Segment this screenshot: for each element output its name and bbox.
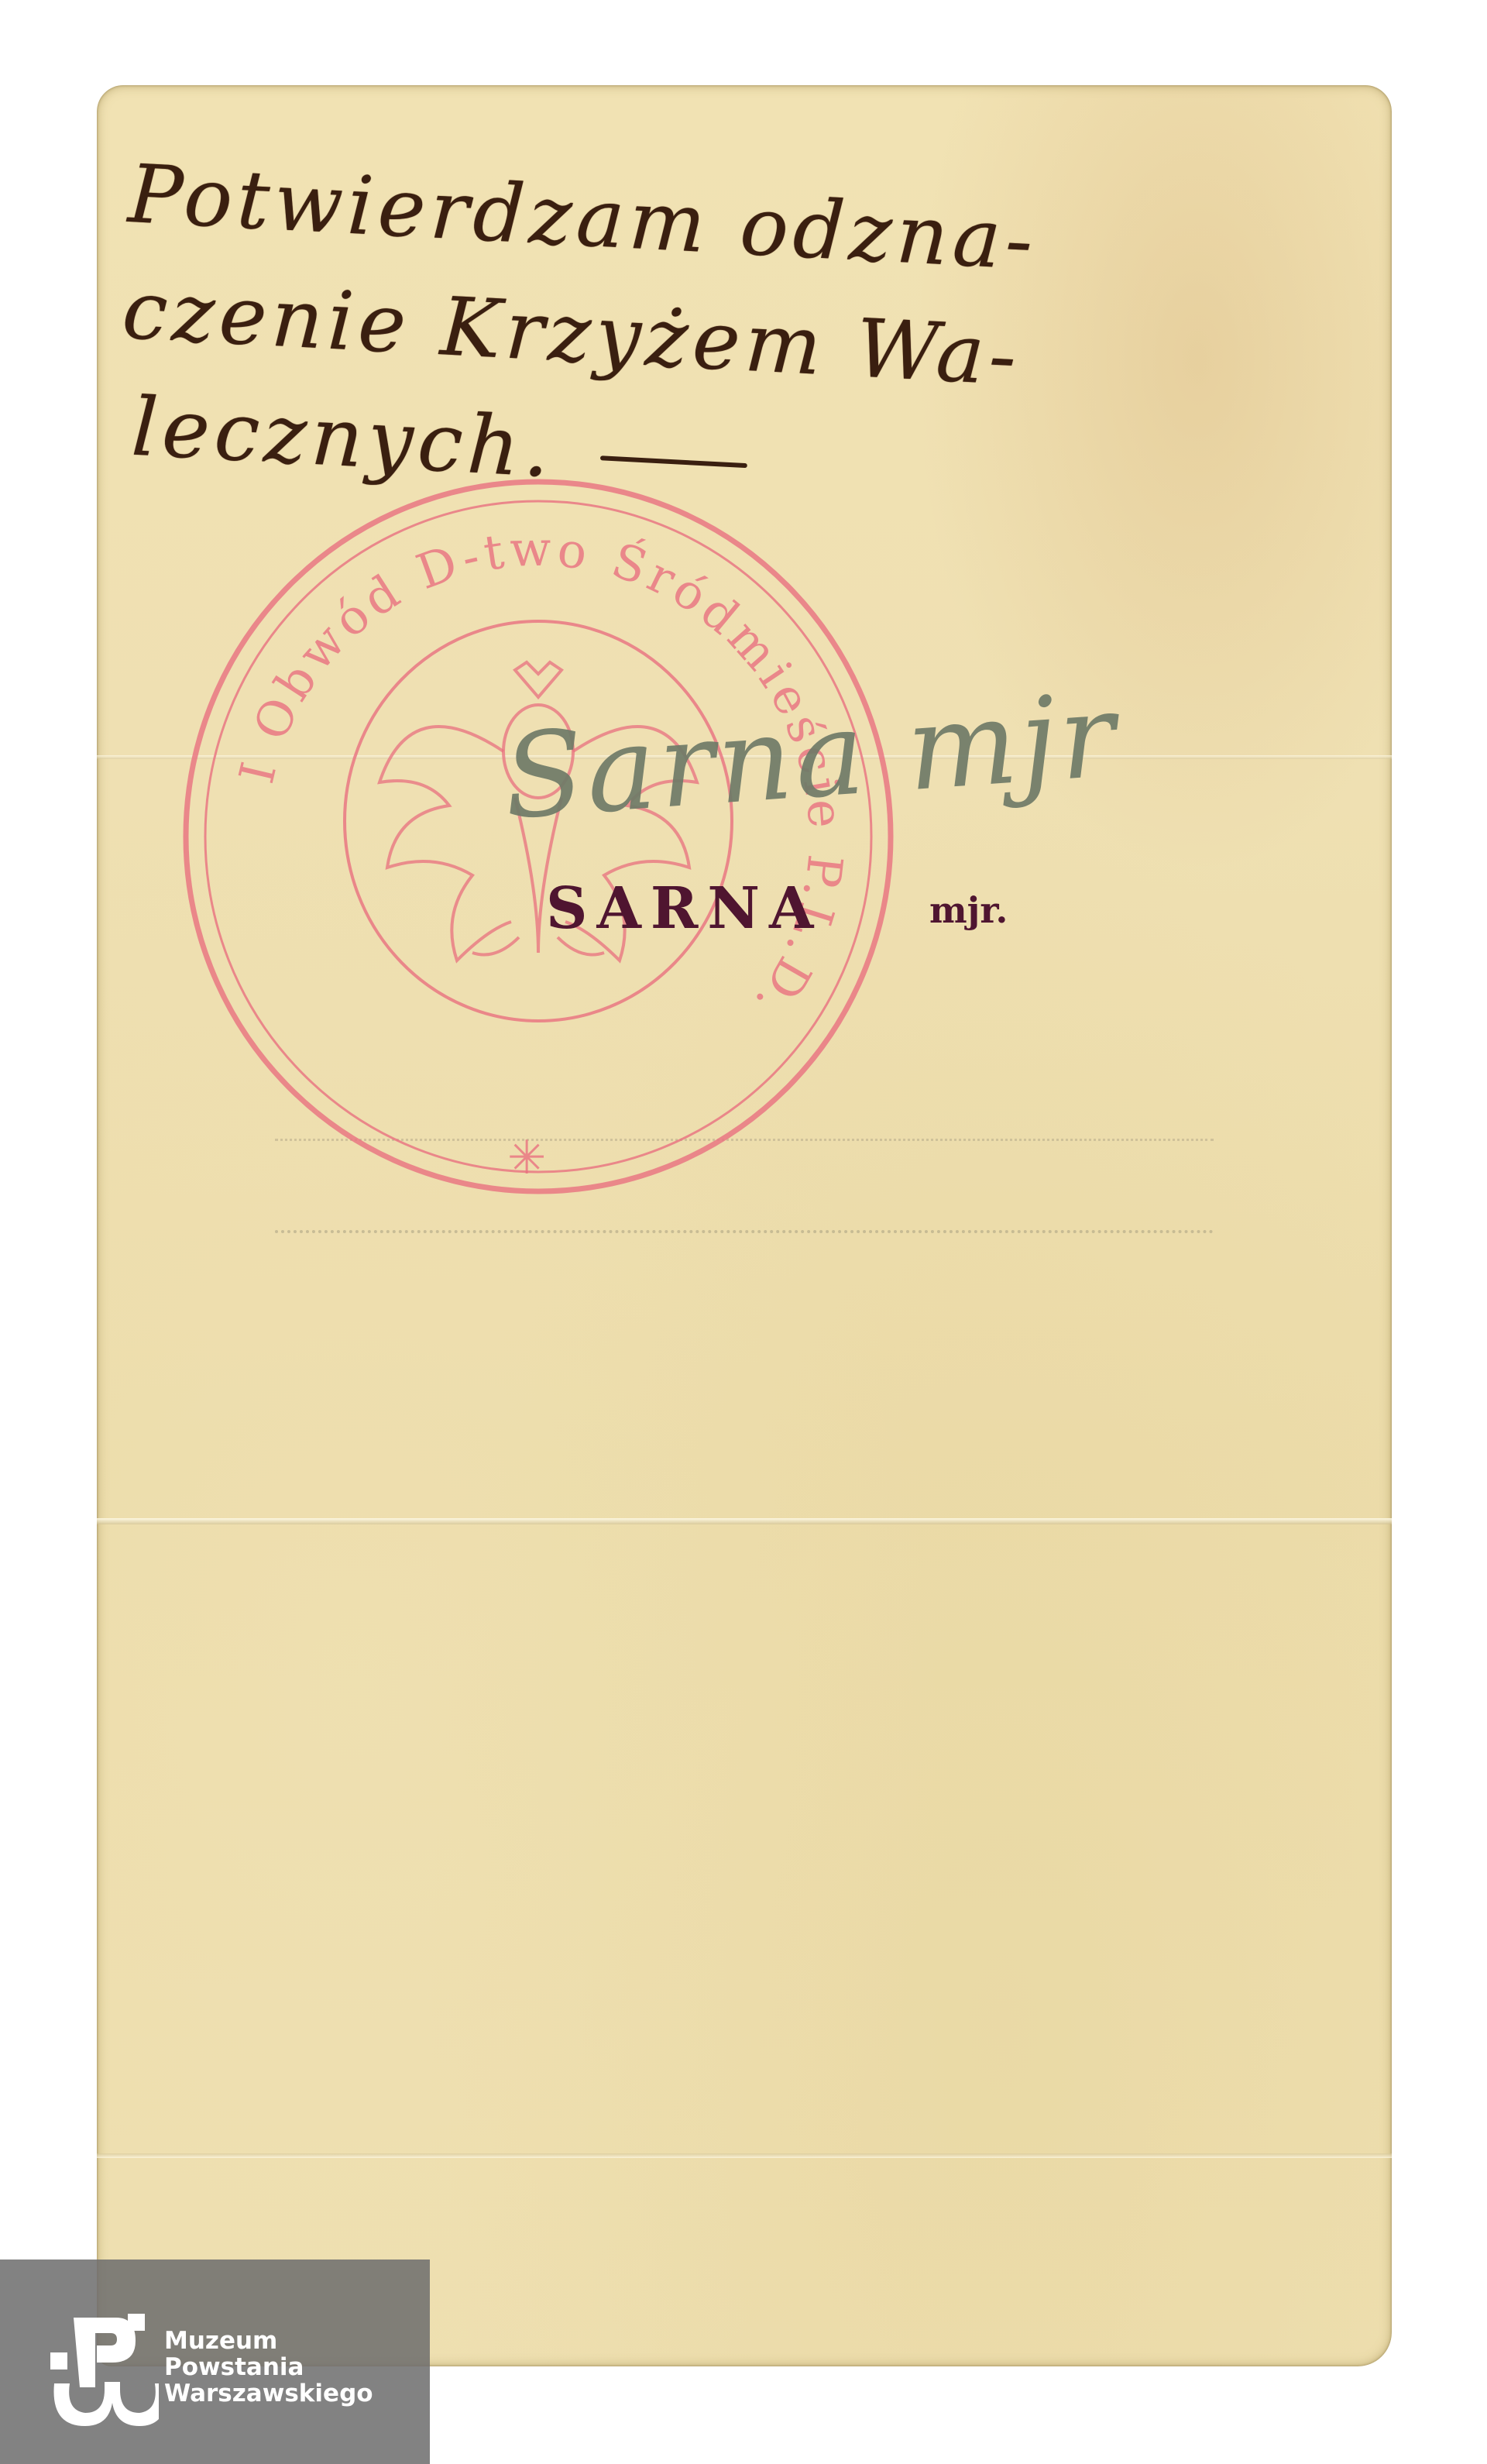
- fold-crease: [97, 1518, 1392, 1524]
- kotwica-anchor-logo-icon: [50, 2310, 159, 2430]
- museum-watermark-logo: Muzeum Powstania Warszawskiego: [0, 2260, 430, 2464]
- stamp-star-ornament: ✳: [507, 1131, 546, 1185]
- dash-stroke: [600, 455, 747, 468]
- typed-name-stamp: SARNA: [546, 875, 822, 942]
- museum-name: Muzeum Powstania Warszawskiego: [164, 2328, 373, 2407]
- handwritten-note: Potwierdzam odzna- czenie Krzyżem Wa- le…: [113, 136, 1384, 549]
- perforation-line: [275, 1230, 1214, 1233]
- typed-rank-stamp: mjr.: [929, 889, 1008, 931]
- fold-crease: [97, 2153, 1392, 2158]
